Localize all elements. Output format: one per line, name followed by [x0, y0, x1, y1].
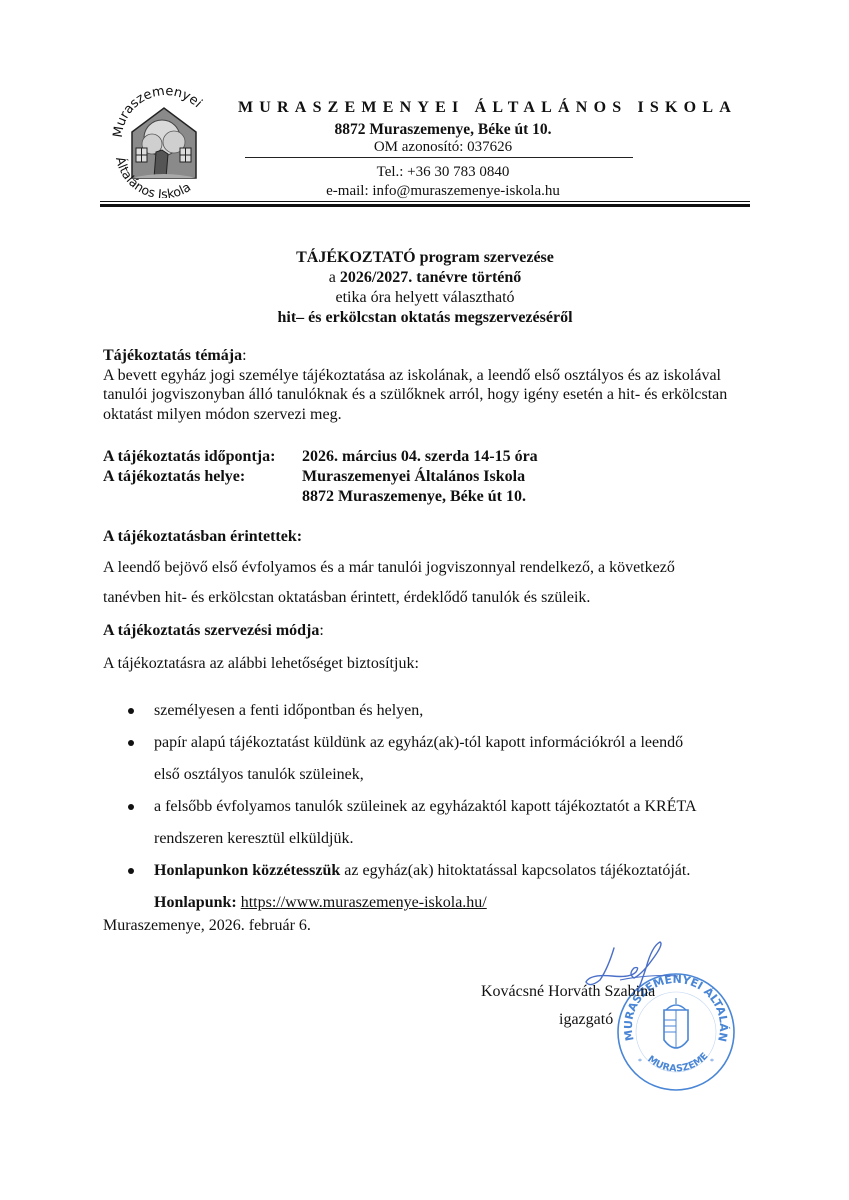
method-list: személyesen a fenti időpontban és helyen…: [103, 695, 763, 919]
svg-text:*: *: [710, 1057, 714, 1066]
affected-heading: A tájékoztatásban érintettek:: [103, 527, 763, 547]
affected-line-1: A leendő bejövő első évfolyamos és a már…: [103, 558, 763, 578]
title-line-3: etika óra helyett választható: [100, 288, 750, 308]
school-name: MURASZEMENYEI ÁLTALÁNOS ISKOLA: [238, 99, 658, 117]
info-grid: A tájékoztatás időpontja:2026. március 0…: [103, 447, 538, 507]
list-item: a felsőbb évfolyamos tanulók szüleinek a…: [103, 791, 763, 855]
school-address: 8872 Muraszemenye, Béke út 10.: [238, 121, 648, 139]
place-value: Muraszemenyei Általános Iskola: [302, 467, 525, 487]
topic-section: Tájékoztatás témája: A bevett egyház jog…: [103, 346, 763, 424]
method-intro: A tájékoztatásra az alábbi lehetőséget b…: [103, 654, 763, 674]
place-label: A tájékoztatás helye:: [103, 467, 302, 487]
school-logo-icon: Muraszemenyei Általános Iskola: [104, 86, 224, 198]
affected-line-2: tanévben hit- és erkölcstan oktatásban é…: [103, 588, 763, 608]
header-divider: [245, 157, 633, 158]
time-label: A tájékoztatás időpontja:: [103, 447, 302, 467]
phone: Tel.: +36 30 783 0840: [238, 164, 648, 181]
list-item: Honlapunkon közzétesszük az egyház(ak) h…: [103, 855, 763, 887]
title-line-4: hit– és erkölcstan oktatás megszervezésé…: [100, 308, 750, 328]
bullet-icon: [128, 868, 134, 874]
website-line: Honlapunk: https://www.muraszemenye-isko…: [103, 887, 763, 919]
bullet-icon: [128, 740, 134, 746]
document-date: Muraszemenye, 2026. február 6.: [103, 917, 311, 935]
time-value: 2026. március 04. szerda 14-15 óra: [302, 447, 538, 467]
signer-role: igazgató: [559, 1011, 613, 1029]
title-line-1: TÁJÉKOZTATÓ program szervezése: [100, 248, 750, 268]
title-line-2: a 2026/2027. tanévre történő: [100, 268, 750, 288]
header-rule-thin: [100, 201, 750, 202]
topic-heading: Tájékoztatás témája: [103, 347, 242, 364]
list-item: személyesen a fenti időpontban és helyen…: [103, 695, 763, 727]
email: e-mail: info@muraszemenye-iskola.hu: [238, 183, 648, 200]
om-id: OM azonosító: 037626: [238, 139, 648, 156]
topic-text: A bevett egyház jogi személye tájékoztat…: [103, 366, 765, 425]
bullet-icon: [128, 804, 134, 810]
website-link[interactable]: https://www.muraszemenye-iskola.hu/: [241, 894, 487, 911]
bullet-icon: [128, 708, 134, 714]
place-address: 8872 Muraszemenye, Béke út 10.: [302, 487, 526, 507]
handwritten-signature-icon: [560, 938, 690, 998]
method-heading: A tájékoztatás szervezési módja:: [103, 621, 763, 641]
website-label: Honlapunk:: [154, 894, 237, 911]
svg-text:*: *: [638, 1057, 642, 1066]
list-item: papír alapú tájékoztatást küldünk az egy…: [103, 727, 763, 791]
header-rule-thick: [100, 204, 750, 207]
